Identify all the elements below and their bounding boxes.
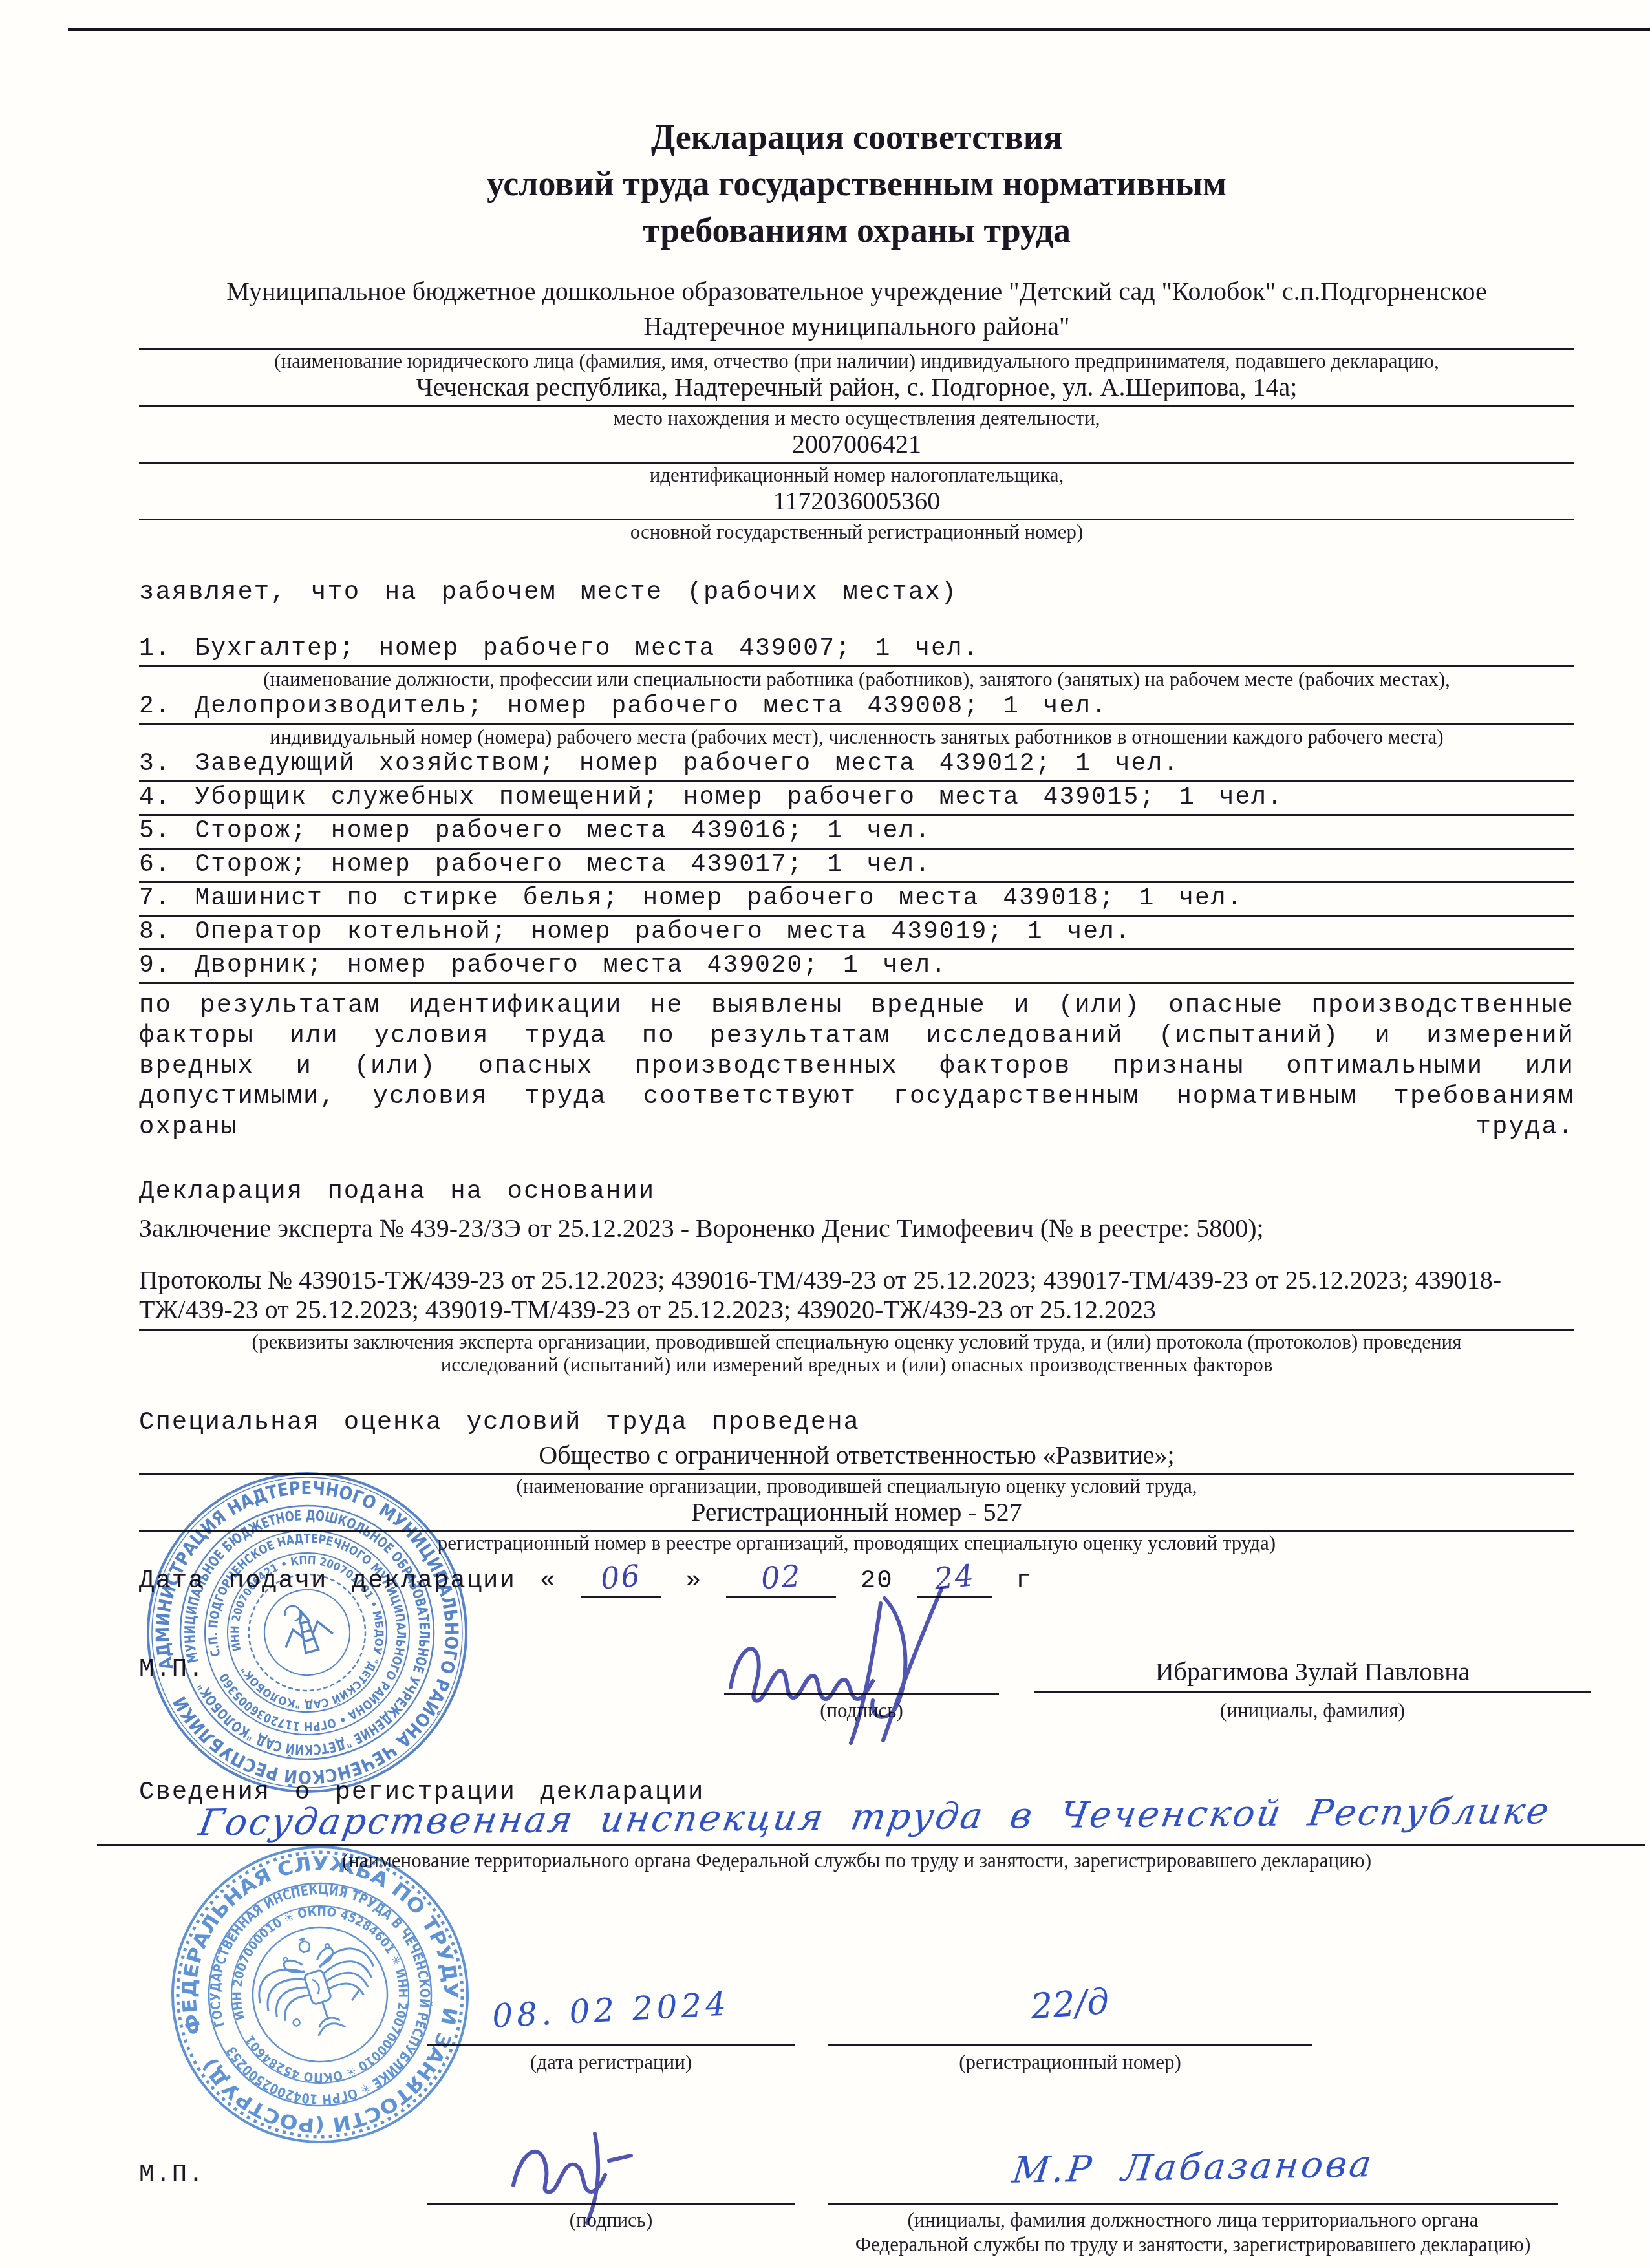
workplace-row-9: 9. Дворник; номер рабочего места 439020;… (139, 950, 1574, 984)
quote-close: » (686, 1567, 702, 1595)
submission-date-label: Дата подачи декларации (139, 1567, 516, 1595)
authority-line (97, 1844, 1645, 1846)
submission-month-value: 02 (760, 1560, 802, 1594)
rostrud-stamp-ring3-text: ИНН 2007000010 ✳ ОКПО 45284601 ✳ ИНН 200… (207, 1881, 434, 2108)
official-caption-line1: (инициалы, фамилия должностного лица тер… (828, 2209, 1558, 2231)
assessment-heading: Специальная оценка условий труда проведе… (139, 1407, 1574, 1438)
workplace-row-4: 4. Уборщик служебных помещений; номер ра… (139, 782, 1574, 816)
declarant-signature-caption: (подпись) (724, 1699, 999, 1722)
workplace-row-3: 3. Заведующий хозяйством; номер рабочего… (139, 749, 1574, 782)
protocols-caption-line2: исследований (испытаний) или измерений в… (139, 1353, 1574, 1376)
rostrud-stamp-ring2-text: ГОСУДАРСТВЕННАЯ ИНСПЕКЦИЯ ТРУДА В ЧЕЧЕНС… (178, 1853, 462, 2137)
workplaces-list: 1. Бухгалтер; номер рабочего места 43900… (139, 634, 1574, 984)
workplace-row-1: 1. Бухгалтер; номер рабочего места 43900… (139, 634, 1574, 667)
submission-month-blank: 02 (726, 1561, 836, 1598)
scan-top-rule (68, 28, 1650, 31)
registration-authority-caption: (наименование территориального органа Фе… (139, 1849, 1574, 1872)
declarant-signatory-name: Ибрагимова Зулай Павловна (1034, 1656, 1591, 1693)
ogrn-value: 1172036005360 (139, 486, 1574, 520)
official-signature-line (427, 2203, 795, 2205)
registration-number-value: 22/д (1029, 1981, 1110, 2027)
statement-intro: заявляет, что на рабочем месте (рабочих … (139, 577, 1574, 608)
workplace-row-8: 8. Оператор котельной; номер рабочего ме… (139, 917, 1574, 950)
declarant-signature-line (724, 1693, 999, 1695)
assessment-org-caption: (наименование организации, проводившей с… (139, 1475, 1574, 1497)
official-name-block: М.Р Лабазанова (828, 2146, 1558, 2188)
declarant-address: Чеченская республика, Надтеречный район,… (139, 372, 1574, 407)
official-signature-caption: (подпись) (427, 2209, 795, 2231)
protocols: Протоколы № 439015-ТЖ/439-23 от 25.12.20… (139, 1265, 1574, 1331)
official-name-line (828, 2203, 1558, 2205)
workplace-caption-1: (наименование должности, профессии или с… (139, 667, 1574, 691)
workplace-caption-2: индивидуальный номер (номера) рабочего м… (139, 725, 1574, 749)
submission-date-line: Дата подачи декларации « 06 » 02 20 24 г (139, 1561, 1033, 1598)
tower-emblem-icon (275, 1598, 336, 1658)
official-name-handwritten: М.Р Лабазанова (1010, 2143, 1376, 2192)
declarant-signatory-caption: (инициалы, фамилия) (1034, 1699, 1591, 1722)
basis-heading: Декларация подана на основании (139, 1176, 1574, 1207)
workplace-row-2: 2. Делопроизводитель; номер рабочего мес… (139, 691, 1574, 725)
document-title-line2: условий труда государственным нормативны… (139, 160, 1574, 207)
declarant-signature-stroke (711, 1578, 1015, 1759)
protocols-caption-line1: (реквизиты заключения эксперта организац… (139, 1331, 1574, 1353)
declarant-name-line1: Муниципальное бюджетное дошкольное образ… (139, 274, 1574, 309)
quote-open: « (540, 1567, 556, 1595)
assessment-reg-number: Регистрационный номер - 527 (139, 1497, 1574, 1532)
workplace-row-5: 5. Сторож; номер рабочего места 439016; … (139, 816, 1574, 850)
declarant-name: Муниципальное бюджетное дошкольное образ… (139, 274, 1574, 350)
expert-conclusion: Заключение эксперта № 439-23/ЗЭ от 25.12… (139, 1214, 1574, 1243)
double-headed-eagle-icon (245, 1920, 389, 2049)
conclusion-paragraph: по результатам идентификации не выявлены… (139, 990, 1574, 1142)
official-caption-line2: Федеральной службы по труду и занятости,… (828, 2233, 1558, 2256)
submission-year-value: 24 (933, 1559, 976, 1594)
submission-day-value: 06 (599, 1559, 642, 1594)
declaration-document-page: Декларация соответствия условий труда го… (0, 0, 1650, 2268)
registration-date-caption: (дата регистрации) (427, 2051, 795, 2073)
workplace-row-6: 6. Сторож; номер рабочего места 439017; … (139, 850, 1574, 883)
submission-day-blank: 06 (581, 1561, 661, 1598)
inn-value: 2007006421 (139, 429, 1574, 464)
document-title-line3: требованиям охраны труда (139, 207, 1574, 253)
registration-number-block: 22/д (828, 1984, 1312, 2024)
ogrn-caption: основной государственный регистрационный… (139, 520, 1574, 543)
registration-number-line (828, 2044, 1312, 2046)
year-prefix: 20 (861, 1567, 894, 1595)
declarant-address-caption: место нахождения и место осуществления д… (139, 407, 1574, 429)
registration-number-caption: (регистрационный номер) (828, 2051, 1312, 2073)
inn-caption: идентификационный номер налогоплательщик… (139, 464, 1574, 486)
svg-text:ИНН 2007000010 ✳ ОКПО 45284601: ИНН 2007000010 ✳ ОКПО 45284601 ✳ ИНН 200… (207, 1881, 434, 2108)
document-title: Декларация соответствия условий труда го… (139, 114, 1574, 253)
svg-text:ГОСУДАРСТВЕННАЯ ИНСПЕКЦИЯ ТРУД: ГОСУДАРСТВЕННАЯ ИНСПЕКЦИЯ ТРУДА В ЧЕЧЕНС… (178, 1853, 462, 2137)
assessment-org: Общество с ограниченной ответственностью… (139, 1440, 1574, 1475)
seal-mark-1: М.П. (139, 1654, 205, 1685)
registration-date-line (427, 2044, 795, 2046)
document-title-line1: Декларация соответствия (139, 114, 1574, 160)
workplace-row-7: 7. Машинист по стирке белья; номер рабоч… (139, 883, 1574, 917)
submission-year-blank: 24 (917, 1561, 992, 1598)
declarant-name-line2: Надтеречное муниципального района" (139, 309, 1574, 344)
registration-date-block: 08. 02 2024 (427, 1991, 795, 2029)
assessment-reg-caption: регистрационный номер в реестре организа… (139, 1532, 1574, 1554)
year-suffix: г (1016, 1567, 1032, 1595)
registration-date-value: 08. 02 2024 (491, 1985, 731, 2035)
seal-mark-2: М.П. (139, 2159, 205, 2190)
declarant-name-caption: (наименование юридического лица (фамилия… (139, 350, 1574, 372)
